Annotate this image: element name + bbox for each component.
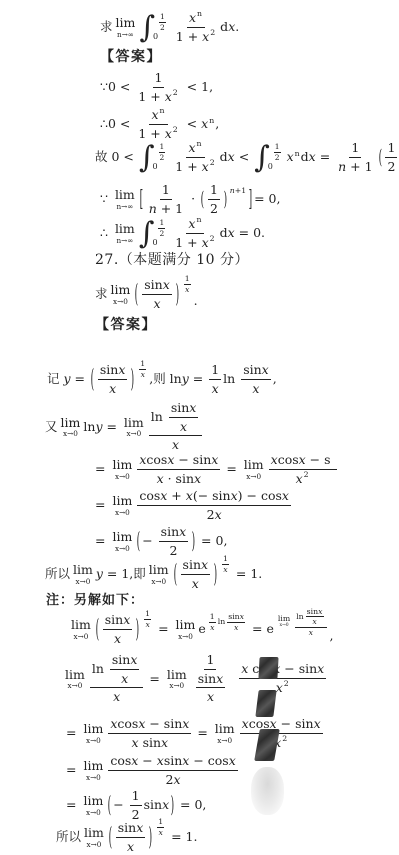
math-text: 1 bbox=[211, 362, 219, 378]
note-header: 注：另解如下： bbox=[46, 593, 144, 609]
math-var: x bbox=[180, 419, 187, 435]
denominator: 2 bbox=[385, 158, 397, 175]
alt-conclusion: 所以limx→0(sinxx)1x = 1. bbox=[56, 820, 197, 854]
limit-subscript: x→0 bbox=[76, 578, 91, 585]
big-paren: ) bbox=[214, 562, 218, 587]
math-var: x bbox=[228, 19, 235, 35]
big-paren: ) bbox=[131, 367, 135, 392]
math-text: 注：另解如下： bbox=[46, 593, 144, 609]
numerator: 1 bbox=[184, 274, 191, 285]
integral-upper-bound: 12 bbox=[157, 12, 168, 32]
math-text: 所以 bbox=[56, 829, 81, 845]
math-var: x bbox=[165, 89, 172, 105]
fraction: sinx2 bbox=[159, 524, 189, 558]
math-var: x bbox=[228, 149, 235, 165]
math-var: x bbox=[132, 735, 139, 751]
limit-word: lim bbox=[84, 826, 104, 839]
math-var: x bbox=[130, 652, 137, 668]
math-text: d bbox=[220, 225, 228, 241]
math-var: x bbox=[161, 735, 168, 751]
math-var: x bbox=[242, 716, 249, 732]
integral-lower-bound: 0 bbox=[153, 32, 168, 42]
math-var: x bbox=[113, 689, 120, 705]
fraction: cosx + x(− sinx) − cosx2x bbox=[137, 488, 291, 522]
math-text: ln bbox=[83, 419, 95, 435]
math-var: x bbox=[228, 225, 235, 241]
math-text: = 0, bbox=[176, 797, 206, 813]
limit-operator: limx→0 bbox=[112, 494, 132, 515]
math-text: = 0, bbox=[254, 191, 280, 207]
denominator: 2 bbox=[274, 153, 281, 162]
fraction: sinxx bbox=[142, 277, 172, 311]
math-var: x bbox=[118, 362, 125, 378]
limit-subscript: x→0 bbox=[178, 633, 193, 640]
math-text: = e bbox=[248, 621, 274, 637]
math-var: x bbox=[114, 631, 121, 647]
math-text: ln bbox=[218, 617, 225, 627]
integral-bounds: 120 bbox=[152, 218, 167, 248]
limit-word: lim bbox=[149, 563, 169, 576]
math-text: − cos bbox=[189, 753, 228, 769]
superscript: 1x bbox=[142, 609, 153, 629]
math-var: x bbox=[229, 753, 236, 769]
fraction: 12 bbox=[274, 142, 281, 162]
math-text: = bbox=[193, 725, 211, 741]
fraction: xn1 + x2 bbox=[136, 107, 180, 141]
big-paren: ) bbox=[136, 617, 140, 642]
math-var: x bbox=[192, 576, 199, 592]
math-text: 1 bbox=[160, 142, 165, 151]
denominator: x bbox=[250, 380, 261, 397]
math-text: n bbox=[209, 116, 214, 126]
limit-subscript: n→∞ bbox=[117, 31, 134, 38]
superscript: 2 bbox=[173, 125, 178, 135]
math-text: ) − cos bbox=[238, 488, 282, 504]
math-text: sin bbox=[161, 524, 179, 540]
limit-operator: limx→0 bbox=[111, 283, 131, 304]
limit-operator: limx→0 bbox=[83, 759, 103, 780]
math-text: 1 bbox=[159, 218, 164, 227]
denominator: x bbox=[119, 670, 130, 687]
math-var: x bbox=[167, 452, 174, 468]
math-var: x bbox=[210, 623, 214, 633]
math-text: 0 bbox=[153, 162, 158, 172]
numerator: sinx bbox=[169, 400, 199, 418]
math-var: x bbox=[312, 617, 316, 627]
math-text: sin bbox=[112, 652, 130, 668]
denominator: 2 bbox=[167, 542, 179, 559]
math-var: x bbox=[262, 362, 269, 378]
math-text: 1 bbox=[275, 142, 280, 151]
numerator: xcosx − sinx bbox=[108, 716, 191, 734]
math-text: cos bbox=[110, 753, 131, 769]
limit-subscript: x→0 bbox=[86, 774, 101, 781]
big-paren: ( bbox=[201, 189, 205, 209]
math-var: y bbox=[182, 371, 189, 387]
denominator: 2 bbox=[158, 229, 165, 238]
math-text: ln bbox=[296, 612, 303, 622]
math-var: y bbox=[96, 566, 103, 582]
math-text: , bbox=[215, 116, 219, 132]
fraction: 12 bbox=[385, 140, 397, 174]
limit-word: lim bbox=[167, 668, 187, 681]
math-text: 2 bbox=[173, 88, 178, 98]
math-text: 1 + bbox=[138, 89, 164, 105]
fraction: sinxx bbox=[181, 557, 211, 591]
math-var: x bbox=[314, 716, 321, 732]
q27-step-1: = limx→0xcosx − sinxx · sinx = limx→0xco… bbox=[95, 452, 339, 486]
fraction: 1n + 1 bbox=[147, 182, 185, 216]
superscript: 1x bbox=[220, 554, 231, 574]
denominator: x2 bbox=[294, 470, 312, 487]
math-text: = bbox=[71, 371, 89, 387]
math-text: = 0, bbox=[197, 533, 227, 549]
numerator: sinx bbox=[103, 612, 133, 630]
big-paren: ( bbox=[109, 825, 113, 850]
math-text: + 1 bbox=[346, 159, 372, 175]
limit-subscript: x→0 bbox=[169, 682, 184, 689]
integral-bounds: 120 bbox=[153, 142, 168, 172]
fraction: x cosx − sinxx2 bbox=[239, 661, 326, 695]
math-text: = bbox=[145, 671, 163, 687]
math-text: 1 bbox=[158, 817, 163, 827]
denominator: 2x bbox=[164, 771, 183, 788]
numerator: 1 bbox=[222, 554, 229, 565]
q26-step-1: ∵0 < 11 + x2 < 1, bbox=[100, 70, 213, 104]
denominator: x bbox=[184, 285, 190, 295]
math-var: x bbox=[186, 488, 193, 504]
math-text: = bbox=[189, 371, 207, 387]
denominator: 1 + x2 bbox=[173, 158, 217, 175]
fraction: sinxx bbox=[169, 400, 199, 434]
math-text: 1 + bbox=[176, 29, 202, 45]
math-var: x bbox=[215, 507, 222, 523]
limit-subscript: x→0 bbox=[279, 624, 288, 629]
limit-operator: limx→0 bbox=[176, 618, 196, 639]
math-text: 0 bbox=[152, 238, 157, 248]
math-text: n bbox=[197, 9, 202, 19]
math-var: x bbox=[234, 623, 238, 633]
numerator: sinx bbox=[181, 557, 211, 575]
math-text: · sin bbox=[164, 471, 194, 487]
math-text: 1 bbox=[210, 612, 215, 622]
numerator: ln sinxx bbox=[90, 652, 144, 688]
limit-subscript: x→0 bbox=[113, 298, 128, 305]
math-var: x bbox=[271, 452, 278, 468]
math-text: 2 bbox=[160, 153, 165, 162]
math-var: x bbox=[252, 381, 259, 397]
fraction: xn1 + x2 bbox=[173, 216, 217, 250]
math-text: sin bbox=[164, 753, 182, 769]
math-text: 2 bbox=[210, 28, 215, 38]
numerator: 1 bbox=[144, 609, 151, 620]
math-text: + bbox=[167, 488, 185, 504]
denominator: x bbox=[125, 838, 136, 855]
integral-lower-bound: 0 bbox=[268, 162, 283, 172]
math-text: sin bbox=[183, 557, 201, 573]
q26-step-3: 故 0 < ∫120xn1 + x2dx < ∫120xndx = 1n + 1… bbox=[95, 140, 399, 174]
numerator: lnsinxx bbox=[295, 607, 326, 628]
numerator: cosx + x(− sinx) − cosx bbox=[137, 488, 291, 506]
denominator: x bbox=[210, 380, 221, 397]
numerator: 1 bbox=[158, 218, 165, 228]
limit-subscript: x→0 bbox=[63, 430, 78, 437]
fraction: 1n + 1 bbox=[336, 140, 374, 174]
limit-word: lim bbox=[112, 494, 132, 507]
denominator: x bbox=[311, 617, 317, 627]
math-text: 求 bbox=[95, 286, 108, 302]
math-text: 2 bbox=[387, 159, 395, 175]
fraction: cosx − xsinx − cosx2x bbox=[108, 753, 237, 787]
q26-step-4: ∵ limn→∞[1n + 1 · (12)n+1]= 0, bbox=[100, 182, 280, 216]
fraction: xn1 + x2 bbox=[174, 10, 218, 44]
numerator: sinx bbox=[227, 612, 245, 623]
math-var: x bbox=[276, 680, 283, 696]
math-text: = bbox=[154, 621, 172, 637]
limit-operator: limx→0 bbox=[83, 722, 103, 743]
numerator: 1 bbox=[349, 140, 361, 158]
math-text: ln bbox=[92, 661, 108, 677]
numerator: xcosx − sinx bbox=[240, 716, 323, 734]
math-var: x bbox=[185, 285, 189, 295]
math-text: = 1. bbox=[232, 566, 262, 582]
math-var: x bbox=[318, 607, 322, 617]
math-var: y bbox=[63, 371, 70, 387]
big-paren: ( bbox=[96, 617, 100, 642]
limit-subscript: x→0 bbox=[115, 545, 130, 552]
math-var: x bbox=[165, 126, 172, 142]
limit-subscript: x→0 bbox=[74, 633, 89, 640]
big-paren: ( bbox=[91, 367, 95, 392]
math-text: − sin bbox=[174, 452, 211, 468]
denominator: x bbox=[190, 575, 201, 592]
math-text: 2 bbox=[210, 234, 215, 244]
big-paren: ) bbox=[192, 530, 196, 553]
denominator: 2x bbox=[205, 506, 224, 523]
math-text: 1 bbox=[155, 70, 163, 86]
math-text: 故 0 < bbox=[95, 149, 138, 165]
ink-blob-2 bbox=[255, 690, 276, 717]
numerator: sinx bbox=[241, 362, 271, 380]
fraction: 1x bbox=[139, 359, 146, 379]
limit-word: lim bbox=[111, 283, 131, 296]
math-var: n bbox=[338, 159, 346, 175]
math-text: < 1, bbox=[183, 79, 213, 95]
big-paren: ] bbox=[249, 188, 253, 211]
fraction: sinxx bbox=[241, 362, 271, 396]
math-var: x bbox=[202, 159, 209, 175]
limit-word: lim bbox=[61, 416, 81, 429]
big-paren: ( bbox=[378, 147, 382, 167]
denominator: x2 bbox=[274, 679, 292, 696]
limit-operator: limx→0 bbox=[65, 668, 85, 689]
superscript: 2 bbox=[210, 28, 215, 38]
math-var: x bbox=[188, 216, 195, 232]
numerator: xn bbox=[186, 140, 204, 158]
math-text: 又 bbox=[45, 419, 58, 435]
limit-subscript: x→0 bbox=[126, 430, 141, 437]
q27-problem-statement: 求limx→0(sinxx)1x. bbox=[95, 277, 198, 311]
superscript: 2 bbox=[284, 679, 289, 689]
limit-operator: limx→0 bbox=[278, 615, 290, 629]
math-var: x bbox=[138, 716, 145, 732]
fraction: ln sinxxx bbox=[149, 400, 203, 453]
q26-step-2: ∴0 < xn1 + x2 < xn, bbox=[100, 107, 219, 141]
superscript: 1x bbox=[155, 817, 166, 837]
scanned-math-page: 求limn→∞∫120xn1 + x2dx.【答案】∵0 < 11 + x2 <… bbox=[0, 0, 399, 855]
math-text: d bbox=[220, 149, 228, 165]
math-text: − bbox=[113, 797, 127, 813]
superscript: n bbox=[295, 149, 300, 159]
math-text: sin bbox=[307, 607, 318, 617]
integral-upper-bound: 12 bbox=[272, 142, 283, 162]
math-var: x bbox=[151, 107, 158, 123]
math-text: cos bbox=[139, 488, 160, 504]
limit-word: lim bbox=[83, 759, 103, 772]
alt-step-1: limx→0(sinxx)1x = limx→0e1xlnsinxx = eli… bbox=[68, 612, 333, 646]
fraction: xcosx − sinxx sinx bbox=[108, 716, 191, 750]
math-var: x bbox=[287, 149, 294, 165]
math-text: cos bbox=[278, 452, 299, 468]
math-text: 所以 bbox=[45, 566, 70, 582]
fraction: sinxx bbox=[196, 671, 226, 705]
big-paren: ) bbox=[175, 282, 179, 307]
math-text: ,则 ln bbox=[149, 371, 182, 387]
numerator: sinx bbox=[159, 524, 189, 542]
limit-word: lim bbox=[83, 794, 103, 807]
denominator: x bbox=[111, 688, 122, 705]
denominator: x · sinx bbox=[155, 470, 204, 487]
math-text: 1 bbox=[132, 788, 140, 804]
denominator: 1 + x2 bbox=[174, 28, 218, 45]
superscript: 2 bbox=[304, 470, 309, 480]
denominator: x bbox=[144, 620, 150, 630]
limit-word: lim bbox=[115, 188, 135, 201]
math-text: 27.（本题满分 10 分） bbox=[95, 252, 249, 270]
math-text: 2 bbox=[210, 158, 215, 168]
math-text: < bbox=[183, 116, 201, 132]
math-text: cos bbox=[146, 452, 167, 468]
math-var: y bbox=[95, 419, 102, 435]
math-var: x bbox=[309, 628, 313, 638]
limit-word: lim bbox=[71, 618, 91, 631]
math-var: x bbox=[201, 116, 208, 132]
math-text: 1 bbox=[387, 140, 395, 156]
math-text: , bbox=[273, 371, 277, 387]
fraction: sinxx bbox=[103, 612, 133, 646]
math-text: 2 bbox=[282, 734, 287, 744]
denominator: x bbox=[308, 628, 314, 638]
math-text: ∴0 < bbox=[100, 116, 134, 132]
math-text: 1 bbox=[351, 140, 359, 156]
limit-subscript: x→0 bbox=[115, 509, 130, 516]
limit-operator: limx→0 bbox=[112, 458, 132, 479]
numerator: sinx bbox=[116, 820, 146, 838]
limit-subscript: x→0 bbox=[115, 473, 130, 480]
big-paren: ) bbox=[171, 794, 175, 817]
numerator: 1 bbox=[209, 612, 216, 623]
limit-operator: limx→0 bbox=[84, 826, 104, 847]
math-text: − bbox=[138, 753, 156, 769]
math-var: x bbox=[240, 612, 244, 622]
numerator: sinx bbox=[110, 652, 140, 670]
numerator: 1 bbox=[130, 788, 142, 806]
numerator: 1 bbox=[385, 140, 397, 158]
math-text: 0 bbox=[153, 32, 158, 42]
fraction: xn1 + x2 bbox=[173, 140, 217, 174]
math-var: n bbox=[149, 201, 157, 217]
math-text: sin bbox=[105, 612, 123, 628]
math-text: ∴ bbox=[100, 225, 112, 241]
alt-step-5: = limx→0(− 12sinx) = 0, bbox=[66, 788, 206, 822]
paper-smudge bbox=[251, 767, 284, 815]
denominator: n + 1 bbox=[147, 200, 185, 217]
math-var: x bbox=[179, 524, 186, 540]
superscript: n bbox=[196, 215, 201, 225]
math-text: 1 bbox=[160, 12, 165, 21]
math-var: x bbox=[127, 839, 134, 855]
denominator: 2 bbox=[208, 200, 220, 217]
numerator: x cosx − sinx bbox=[239, 661, 326, 679]
denominator: x bbox=[140, 370, 146, 380]
denominator: 1 + x2 bbox=[136, 88, 180, 105]
integral-upper-bound: 12 bbox=[156, 218, 167, 238]
numerator: 1 bbox=[159, 12, 166, 22]
math-var: x bbox=[241, 661, 248, 677]
numerator: sinx bbox=[142, 277, 172, 295]
math-text: = bbox=[95, 461, 109, 477]
math-text: 1 + bbox=[175, 159, 201, 175]
q26-step-5: ∴ limn→∞∫120xn1 + x2dx = 0. bbox=[100, 216, 265, 250]
denominator: x bbox=[152, 295, 163, 312]
math-text: < bbox=[235, 149, 253, 165]
fraction: 1x bbox=[157, 817, 164, 837]
integral-upper-bound: 12 bbox=[157, 142, 168, 162]
big-paren: ( bbox=[173, 562, 177, 587]
math-var: x bbox=[157, 471, 164, 487]
integral-lower-bound: 0 bbox=[152, 238, 167, 248]
numerator: xn bbox=[187, 10, 205, 28]
fraction: 12 bbox=[208, 182, 220, 216]
limit-operator: limn→∞ bbox=[116, 16, 136, 37]
denominator: x bbox=[157, 828, 163, 838]
limit-word: lim bbox=[116, 16, 136, 29]
math-text: − sin bbox=[145, 716, 182, 732]
limit-operator: limx→0 bbox=[71, 618, 91, 639]
fraction: 1x bbox=[222, 554, 229, 574]
math-var: x bbox=[282, 488, 289, 504]
numerator: xn bbox=[186, 216, 204, 234]
math-text: 【答案】 bbox=[100, 49, 162, 67]
limit-subscript: x→0 bbox=[68, 682, 83, 689]
math-text: 2 bbox=[160, 23, 165, 32]
numerator: 1 bbox=[157, 817, 164, 828]
math-var: x bbox=[194, 471, 201, 487]
numerator: 1 bbox=[139, 359, 146, 370]
limit-subscript: x→0 bbox=[86, 737, 101, 744]
math-var: x bbox=[123, 612, 130, 628]
limit-word: lim bbox=[244, 458, 264, 471]
math-var: x bbox=[182, 716, 189, 732]
math-text: d bbox=[220, 19, 228, 35]
limit-operator: limx→0 bbox=[167, 668, 187, 689]
limit-operator: limx→0 bbox=[73, 563, 93, 584]
limit-operator: limx→0 bbox=[215, 722, 235, 743]
math-var: x bbox=[173, 772, 180, 788]
math-text: 1 bbox=[162, 182, 170, 198]
limit-word: lim bbox=[83, 722, 103, 735]
math-text: cos bbox=[117, 716, 138, 732]
